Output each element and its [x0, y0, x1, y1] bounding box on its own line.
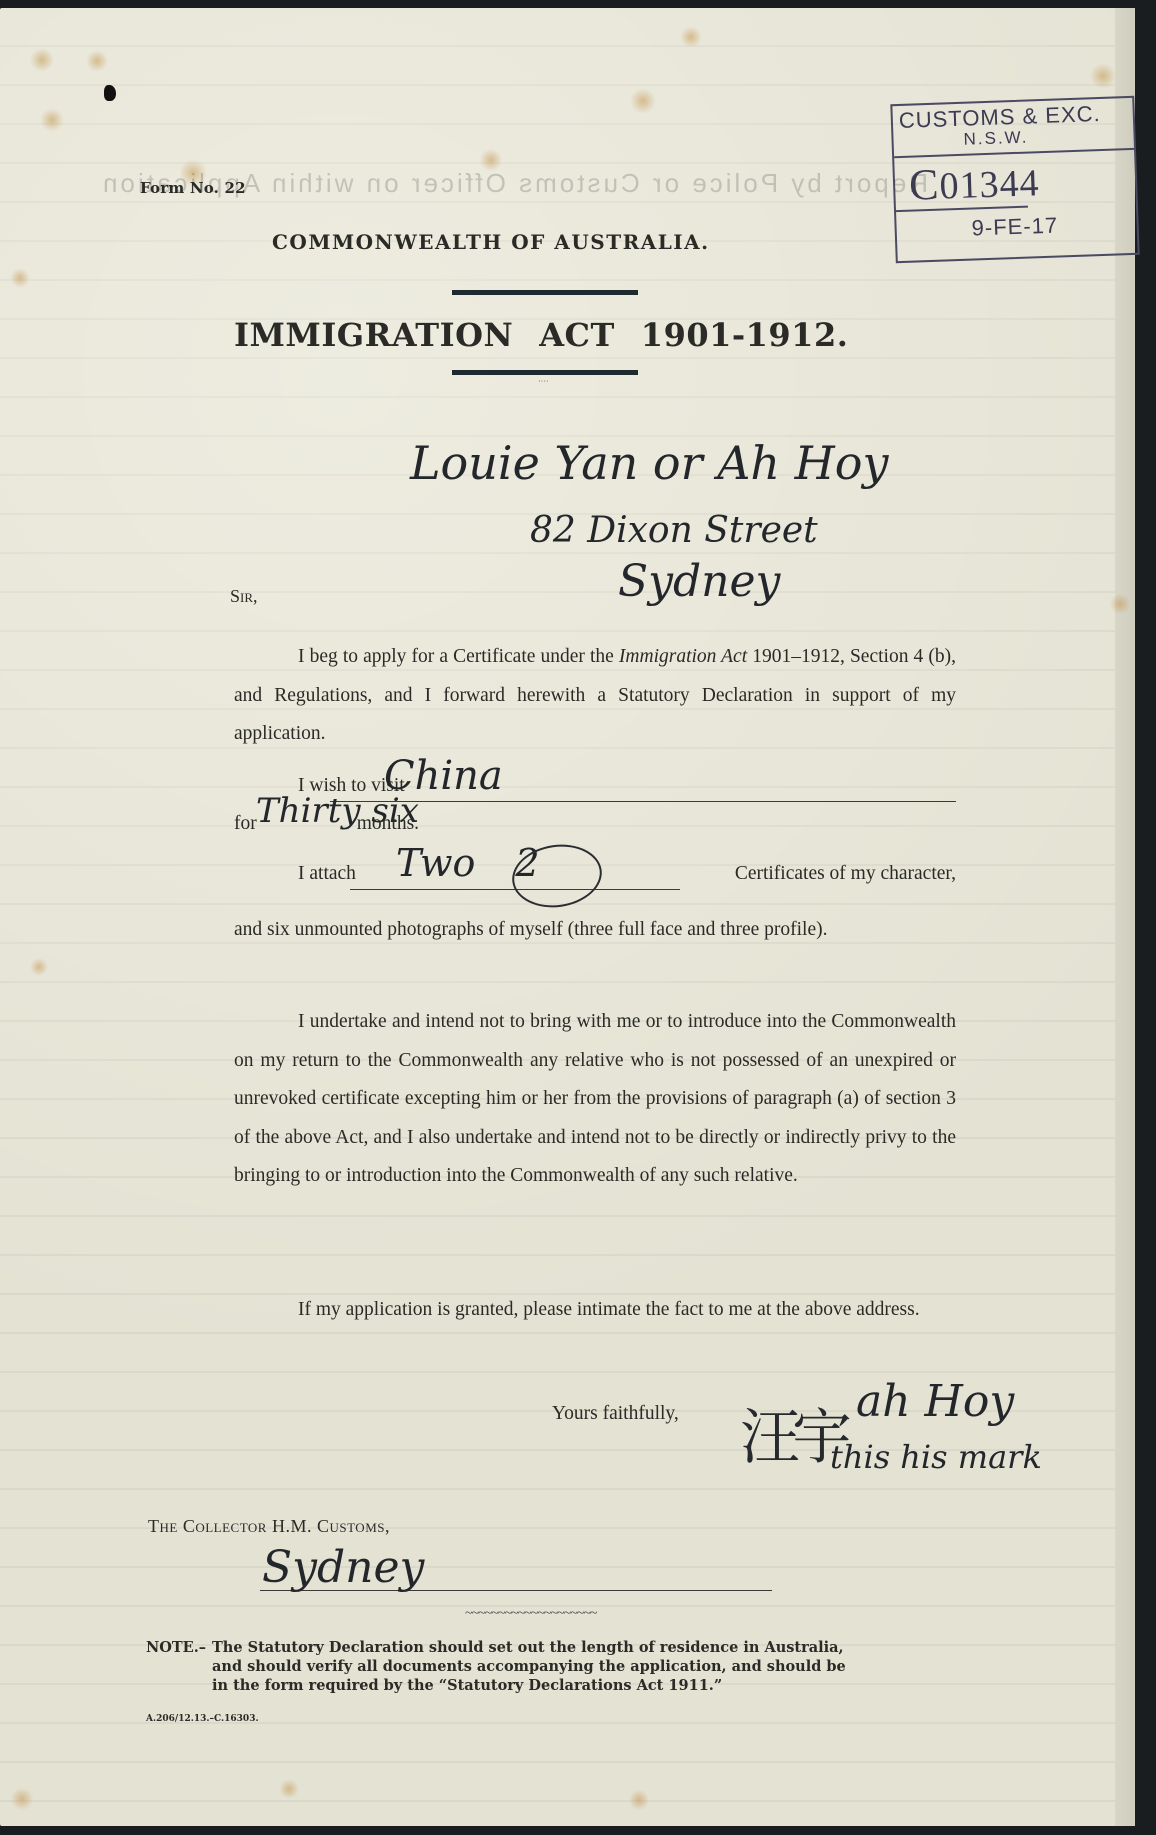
note-lead: NOTE.– — [146, 1638, 212, 1657]
foxing-spot — [680, 26, 702, 48]
title-rule-bottom — [452, 370, 638, 375]
attach-after-text: Certificates of my character, — [735, 863, 956, 885]
addressee-city-handwritten: Sydney — [262, 1542, 424, 1593]
foxing-spot — [280, 1778, 298, 1800]
applicant-city-handwritten: Sydney — [618, 556, 780, 607]
for-label: for — [234, 813, 257, 834]
act-title-word: 1901-1912. — [641, 316, 849, 354]
act-name-italic: Immigration Act — [619, 646, 747, 667]
duration-line: formonths. Thirty six — [234, 813, 419, 835]
foxing-spot — [630, 1788, 648, 1812]
stamp-number-prefix: C — [908, 160, 940, 210]
note-line: in the form required by the “Statutory D… — [146, 1676, 966, 1695]
document-page: Report by Police or Customs Officer on w… — [0, 8, 1135, 1826]
paragraph-undertaking: I undertake and intend not to bring with… — [234, 1003, 956, 1196]
attach-line: I attach Two2 Certificates of my charact… — [234, 863, 956, 885]
chinese-signature-mark: 汪宇 — [740, 1390, 844, 1476]
title-dots: ···· — [538, 377, 549, 386]
applicant-street-handwritten: 82 Dixon Street — [530, 510, 818, 551]
paragraph-photographs: and six unmounted photographs of myself … — [234, 911, 956, 950]
printer-imprint: A.206/12.13.–C.16303. — [146, 1714, 259, 1724]
form-number: Form No. 22 — [140, 179, 246, 197]
closing-phrase: Yours faithfully, — [552, 1403, 679, 1425]
footnote: NOTE.–The Statutory Declaration should s… — [146, 1638, 966, 1695]
wavy-rule: ~~~~~~~~~~~~~~~~~~~~ — [465, 1606, 596, 1622]
foxing-spot — [1110, 593, 1130, 615]
act-title-word: ACT — [539, 316, 615, 354]
applicant-name-handwritten: Louie Yan or Ah Hoy — [410, 436, 888, 490]
paragraph-text: I undertake and intend not to bring with… — [234, 1011, 956, 1186]
note-line: The Statutory Declaration should set out… — [212, 1639, 844, 1656]
foxing-spot — [30, 958, 48, 976]
duration-handwritten: Thirty six — [256, 791, 419, 831]
attach-count-word: Two — [396, 841, 475, 885]
foxing-spot — [10, 1788, 34, 1810]
foxing-spot — [30, 48, 54, 72]
foxing-spot — [86, 50, 108, 72]
act-title-word: IMMIGRATION — [234, 316, 513, 354]
mark-note-handwritten: this his mark — [830, 1438, 1042, 1476]
attach-label: I attach — [298, 863, 356, 884]
act-title: IMMIGRATIONACT1901-1912. — [234, 316, 848, 354]
foxing-spot — [10, 268, 30, 288]
addressee-title: The Collector H.M. Customs, — [148, 1516, 390, 1537]
stamp-line-2: N.S.W. — [963, 128, 1029, 150]
pin-hole-mark — [104, 85, 116, 101]
paragraph-text: If my application is granted, please int… — [298, 1299, 920, 1320]
note-line: and should verify all documents accompan… — [146, 1657, 966, 1676]
salutation: Sir, — [230, 586, 258, 607]
signature-handwritten: ah Hoy — [856, 1376, 1014, 1427]
stamp-number: C01344 — [908, 155, 1040, 211]
foxing-spot — [1090, 63, 1116, 89]
visit-field-line — [330, 801, 956, 802]
customs-stamp: CUSTOMS & EXC. N.S.W. C01344 9-FE-17 — [890, 96, 1139, 263]
foxing-spot — [630, 88, 656, 114]
country-heading: COMMONWEALTH OF AUSTRALIA. — [272, 230, 710, 254]
stamp-date: 9-FE-17 — [971, 213, 1058, 242]
paragraph-application: I beg to apply for a Certificate under t… — [234, 638, 956, 754]
foxing-spot — [40, 108, 64, 132]
paragraph-notification: If my application is granted, please int… — [234, 1291, 956, 1330]
title-rule-top — [452, 290, 638, 295]
stamp-number-value: 01344 — [939, 162, 1040, 207]
paragraph-text: I beg to apply for a Certificate under t… — [298, 646, 619, 667]
page-edge — [1115, 8, 1135, 1826]
